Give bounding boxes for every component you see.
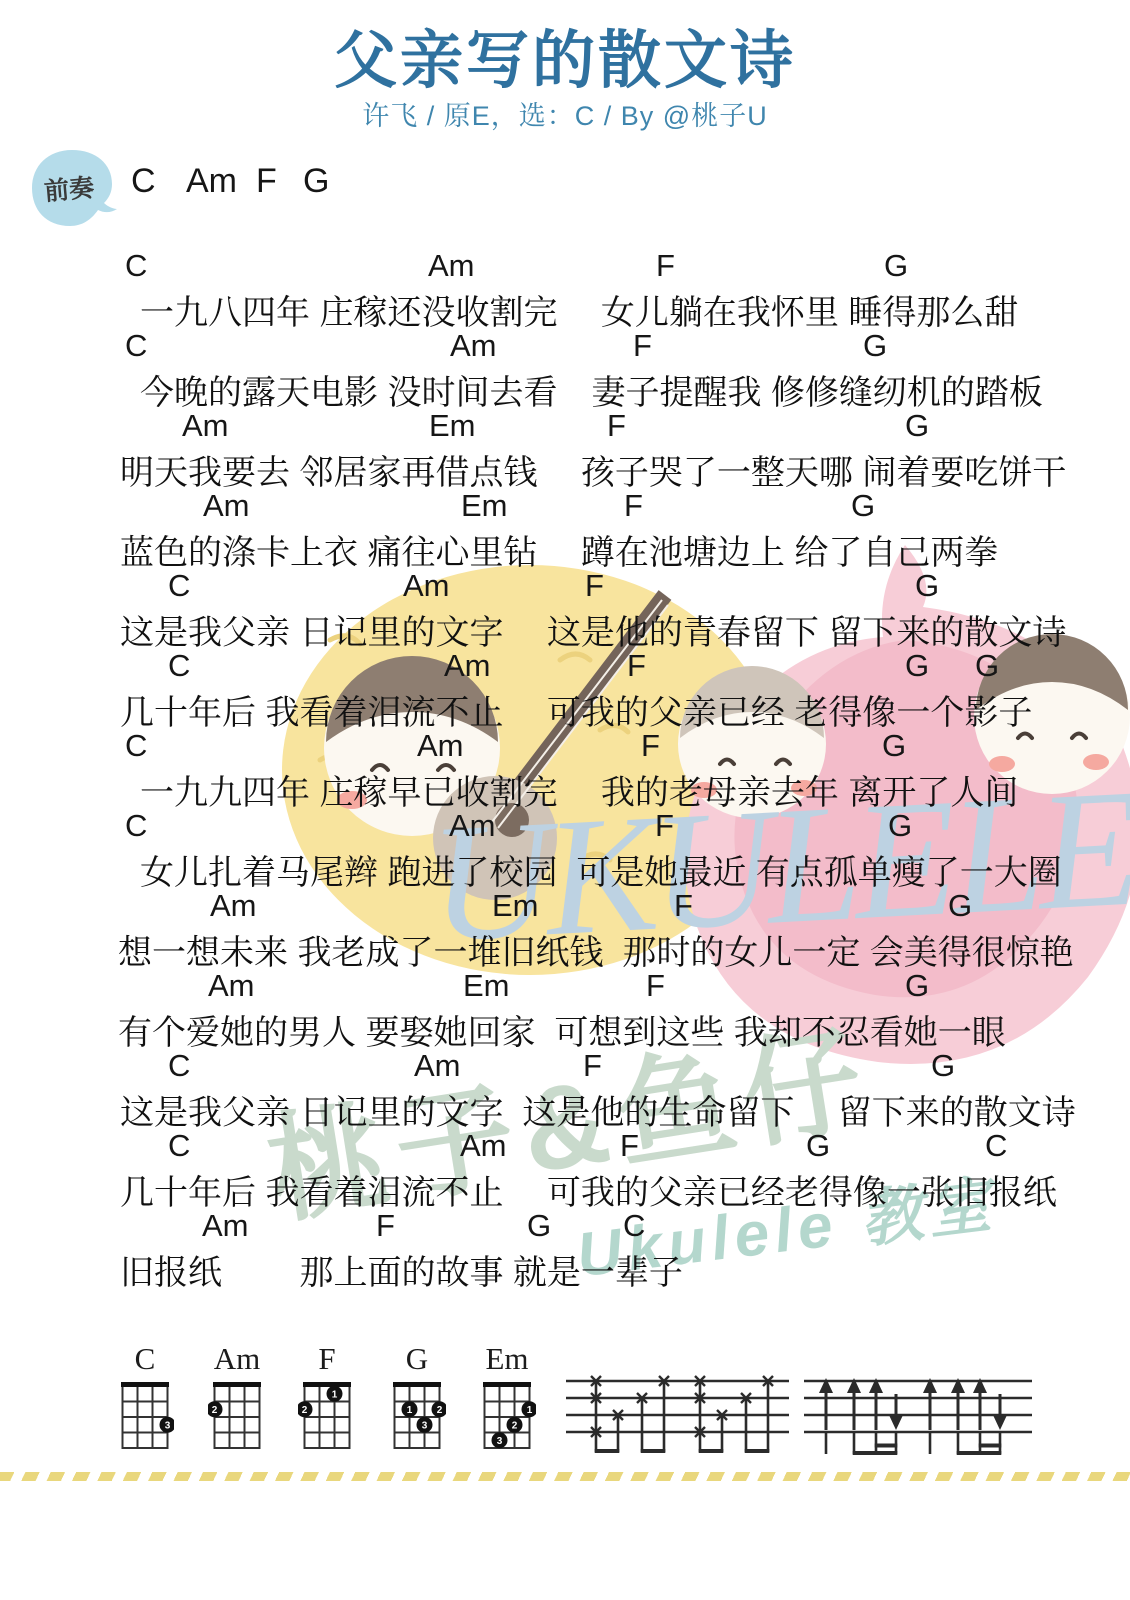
chord-label: G: [931, 1048, 955, 1084]
chord-label: F: [376, 1208, 395, 1244]
chord-diagram-g: G123: [388, 1342, 446, 1463]
song-line: C Am F G 女儿扎着马尾辫 跑进了校园 可是她最近 有点孤单瘦了一大圈: [0, 808, 1130, 888]
chord-label: G: [915, 568, 939, 604]
chord-row: C Am F G C: [0, 1128, 1130, 1166]
chord-label: F: [641, 728, 660, 764]
chord-label: C: [125, 248, 147, 284]
song-line: C Am F G G 几十年后 我看着泪流不止 可我的父亲已经 老得像一个影子: [0, 648, 1130, 728]
chord-label: F: [655, 808, 674, 844]
strum-pattern-tab: [798, 1366, 1038, 1466]
song-line: C Am F G 这是我父亲 日记里的文字 这是他的青春留下 留下来的散文诗: [0, 568, 1130, 648]
chord-label: Am: [208, 968, 255, 1004]
fretboard-grid: 3: [116, 1376, 174, 1458]
song-line: Am F G C 旧报纸 那上面的故事 就是一辈子: [0, 1208, 1130, 1288]
chord-label: C: [125, 728, 147, 764]
chord-label: F: [627, 648, 646, 684]
chord-label: Em: [461, 488, 508, 524]
chord-label: G: [905, 968, 929, 1004]
chord-label: G: [884, 248, 908, 284]
chord-label: C: [168, 648, 190, 684]
chord-label: G: [905, 408, 929, 444]
svg-text:2: 2: [302, 1405, 308, 1416]
lyric-line: 想一想未来 我老成了一堆旧纸钱 那时的女儿一定 会美得很惊艳: [0, 925, 1130, 974]
chord-label: F: [624, 488, 643, 524]
page-subtitle: 许飞 / 原E，选：C / By @桃子U: [0, 94, 1130, 133]
chord-diagram-am: Am2: [208, 1342, 266, 1463]
chord-label: C: [125, 808, 147, 844]
chord-label: F: [620, 1128, 639, 1164]
chord-row: Am F G C: [0, 1208, 1130, 1246]
chord-row: Am Em F G: [0, 888, 1130, 926]
chord-label: Am: [428, 248, 475, 284]
chord-label: Am: [403, 568, 450, 604]
song-line: Am Em F G 蓝色的涤卡上衣 痛往心里钻 蹲在池塘边上 给了自己两拳: [0, 488, 1130, 568]
chord-label: G: [948, 888, 972, 924]
svg-text:2: 2: [437, 1405, 443, 1416]
chord-label: Em: [463, 968, 510, 1004]
fretboard-grid: 2: [208, 1376, 266, 1458]
song-line: Am Em F G 想一想未来 我老成了一堆旧纸钱 那时的女儿一定 会美得很惊艳: [0, 888, 1130, 968]
chord-label: Am: [203, 488, 250, 524]
chord-label: Am: [460, 1128, 507, 1164]
chord-label: C: [125, 328, 147, 364]
chord-label: Am: [210, 888, 257, 924]
chord-label: Am: [444, 648, 491, 684]
svg-text:3: 3: [497, 1436, 503, 1447]
page-title: 父亲写的散文诗: [0, 10, 1130, 101]
dashed-divider: [0, 1472, 1130, 1481]
chord-label: C: [985, 1128, 1007, 1164]
song-line: Am Em F G 有个爱她的男人 要娶她回家 可想到这些 我却不忍看她一眼: [0, 968, 1130, 1048]
chord-label: G: [863, 328, 887, 364]
lyric-line: 几十年后 我看着泪流不止 可我的父亲已经老得像一张旧报纸: [0, 1165, 1130, 1214]
song-line: Am Em F G 明天我要去 邻居家再借点钱 孩子哭了一整天哪 闹着要吃饼干: [0, 408, 1130, 488]
chord-label: C: [623, 1208, 645, 1244]
chord-row: Am Em F G: [0, 488, 1130, 526]
chord-row: C Am F G: [0, 1048, 1130, 1086]
chord-label: G: [905, 648, 929, 684]
svg-text:2: 2: [512, 1420, 518, 1431]
chord-label: G: [975, 648, 999, 684]
chord-row: C Am F G: [0, 808, 1130, 846]
picking-pattern-tab: [560, 1366, 795, 1466]
fretboard-grid: 12: [298, 1376, 356, 1458]
chord-label: G: [888, 808, 912, 844]
intro-chord: F: [256, 162, 277, 201]
svg-text:1: 1: [332, 1389, 338, 1400]
intro-chord: C: [131, 162, 156, 201]
chord-diagram-f: F12: [298, 1342, 356, 1463]
chord-label: Am: [449, 808, 496, 844]
intro-chord: Am: [186, 162, 237, 201]
lyric-line: 蓝色的涤卡上衣 痛往心里钻 蹲在池塘边上 给了自己两拳: [0, 525, 1130, 574]
chord-row: C Am F G: [0, 568, 1130, 606]
chord-label: Am: [417, 728, 464, 764]
fretboard-grid: 123: [478, 1376, 536, 1458]
chord-label: Em: [429, 408, 476, 444]
lyric-line: 明天我要去 邻居家再借点钱 孩子哭了一整天哪 闹着要吃饼干: [0, 445, 1130, 494]
chord-label: F: [674, 888, 693, 924]
chord-label: F: [607, 408, 626, 444]
svg-text:1: 1: [527, 1405, 533, 1416]
intro-row: 前奏 C Am F G: [0, 146, 1130, 236]
chord-row: Am Em F G: [0, 968, 1130, 1006]
lyric-line: 一九九四年 庄稼早已收割完 我的老母亲去年 离开了人间: [0, 765, 1130, 814]
chord-diagram-label: G: [388, 1342, 446, 1376]
intro-badge: 前奏: [26, 146, 118, 230]
chord-row: C Am F G: [0, 328, 1130, 366]
lyric-line: 几十年后 我看着泪流不止 可我的父亲已经 老得像一个影子: [0, 685, 1130, 734]
fretboard-grid: 123: [388, 1376, 446, 1458]
chord-sheet-page: UKULELE 桃子&鱼仔 Ukulele 教室 父亲写的散文诗 许飞 / 原E…: [0, 0, 1130, 1600]
svg-text:3: 3: [165, 1420, 171, 1431]
lyric-line: 女儿扎着马尾辫 跑进了校园 可是她最近 有点孤单瘦了一大圈: [0, 845, 1130, 894]
chord-label: Am: [182, 408, 229, 444]
chord-row: Am Em F G: [0, 408, 1130, 446]
chord-label: C: [168, 568, 190, 604]
chord-label: G: [851, 488, 875, 524]
chord-row: C Am F G: [0, 248, 1130, 286]
svg-text:1: 1: [407, 1405, 413, 1416]
chord-label: F: [585, 568, 604, 604]
lyric-line: 这是我父亲 日记里的文字 这是他的青春留下 留下来的散文诗: [0, 605, 1130, 654]
lyric-line: 有个爱她的男人 要娶她回家 可想到这些 我却不忍看她一眼: [0, 1005, 1130, 1054]
chord-row: C Am F G G: [0, 648, 1130, 686]
chord-label: F: [646, 968, 665, 1004]
chord-label: Am: [202, 1208, 249, 1244]
chord-label: C: [168, 1048, 190, 1084]
song-line: C Am F G C 几十年后 我看着泪流不止 可我的父亲已经老得像一张旧报纸: [0, 1128, 1130, 1208]
chord-diagram-label: Am: [208, 1342, 266, 1376]
chord-label: G: [527, 1208, 551, 1244]
song-line: C Am F G 今晚的露天电影 没时间去看 妻子提醒我 修修缝纫机的踏板: [0, 328, 1130, 408]
chord-diagram-em: Em123: [478, 1342, 536, 1463]
chord-label: Am: [414, 1048, 461, 1084]
chord-diagram-label: Em: [478, 1342, 536, 1376]
chord-label: F: [583, 1048, 602, 1084]
song-line: C Am F G 一九九四年 庄稼早已收割完 我的老母亲去年 离开了人间: [0, 728, 1130, 808]
lyric-line: 旧报纸 那上面的故事 就是一辈子: [0, 1245, 1130, 1294]
intro-chord: G: [303, 162, 329, 201]
lyric-line: 今晚的露天电影 没时间去看 妻子提醒我 修修缝纫机的踏板: [0, 365, 1130, 414]
song-line: C Am F G 一九八四年 庄稼还没收割完 女儿躺在我怀里 睡得那么甜: [0, 248, 1130, 328]
chord-diagram-label: F: [298, 1342, 356, 1376]
svg-text:3: 3: [422, 1420, 428, 1431]
chord-label: F: [656, 248, 675, 284]
svg-text:2: 2: [212, 1405, 218, 1416]
chord-label: C: [168, 1128, 190, 1164]
chord-diagram-label: C: [116, 1342, 174, 1376]
chord-row: C Am F G: [0, 728, 1130, 766]
chord-label: F: [633, 328, 652, 364]
song-line: C Am F G 这是我父亲 日记里的文字 这是他的生命留下 留下来的散文诗: [0, 1048, 1130, 1128]
lyric-line: 一九八四年 庄稼还没收割完 女儿躺在我怀里 睡得那么甜: [0, 285, 1130, 334]
chord-label: G: [882, 728, 906, 764]
intro-badge-label: 前奏: [25, 166, 114, 209]
chord-label: Am: [450, 328, 497, 364]
lyric-line: 这是我父亲 日记里的文字 这是他的生命留下 留下来的散文诗: [0, 1085, 1130, 1134]
chord-label: G: [806, 1128, 830, 1164]
chord-label: Em: [492, 888, 539, 924]
chord-diagram-c: C3: [116, 1342, 174, 1463]
